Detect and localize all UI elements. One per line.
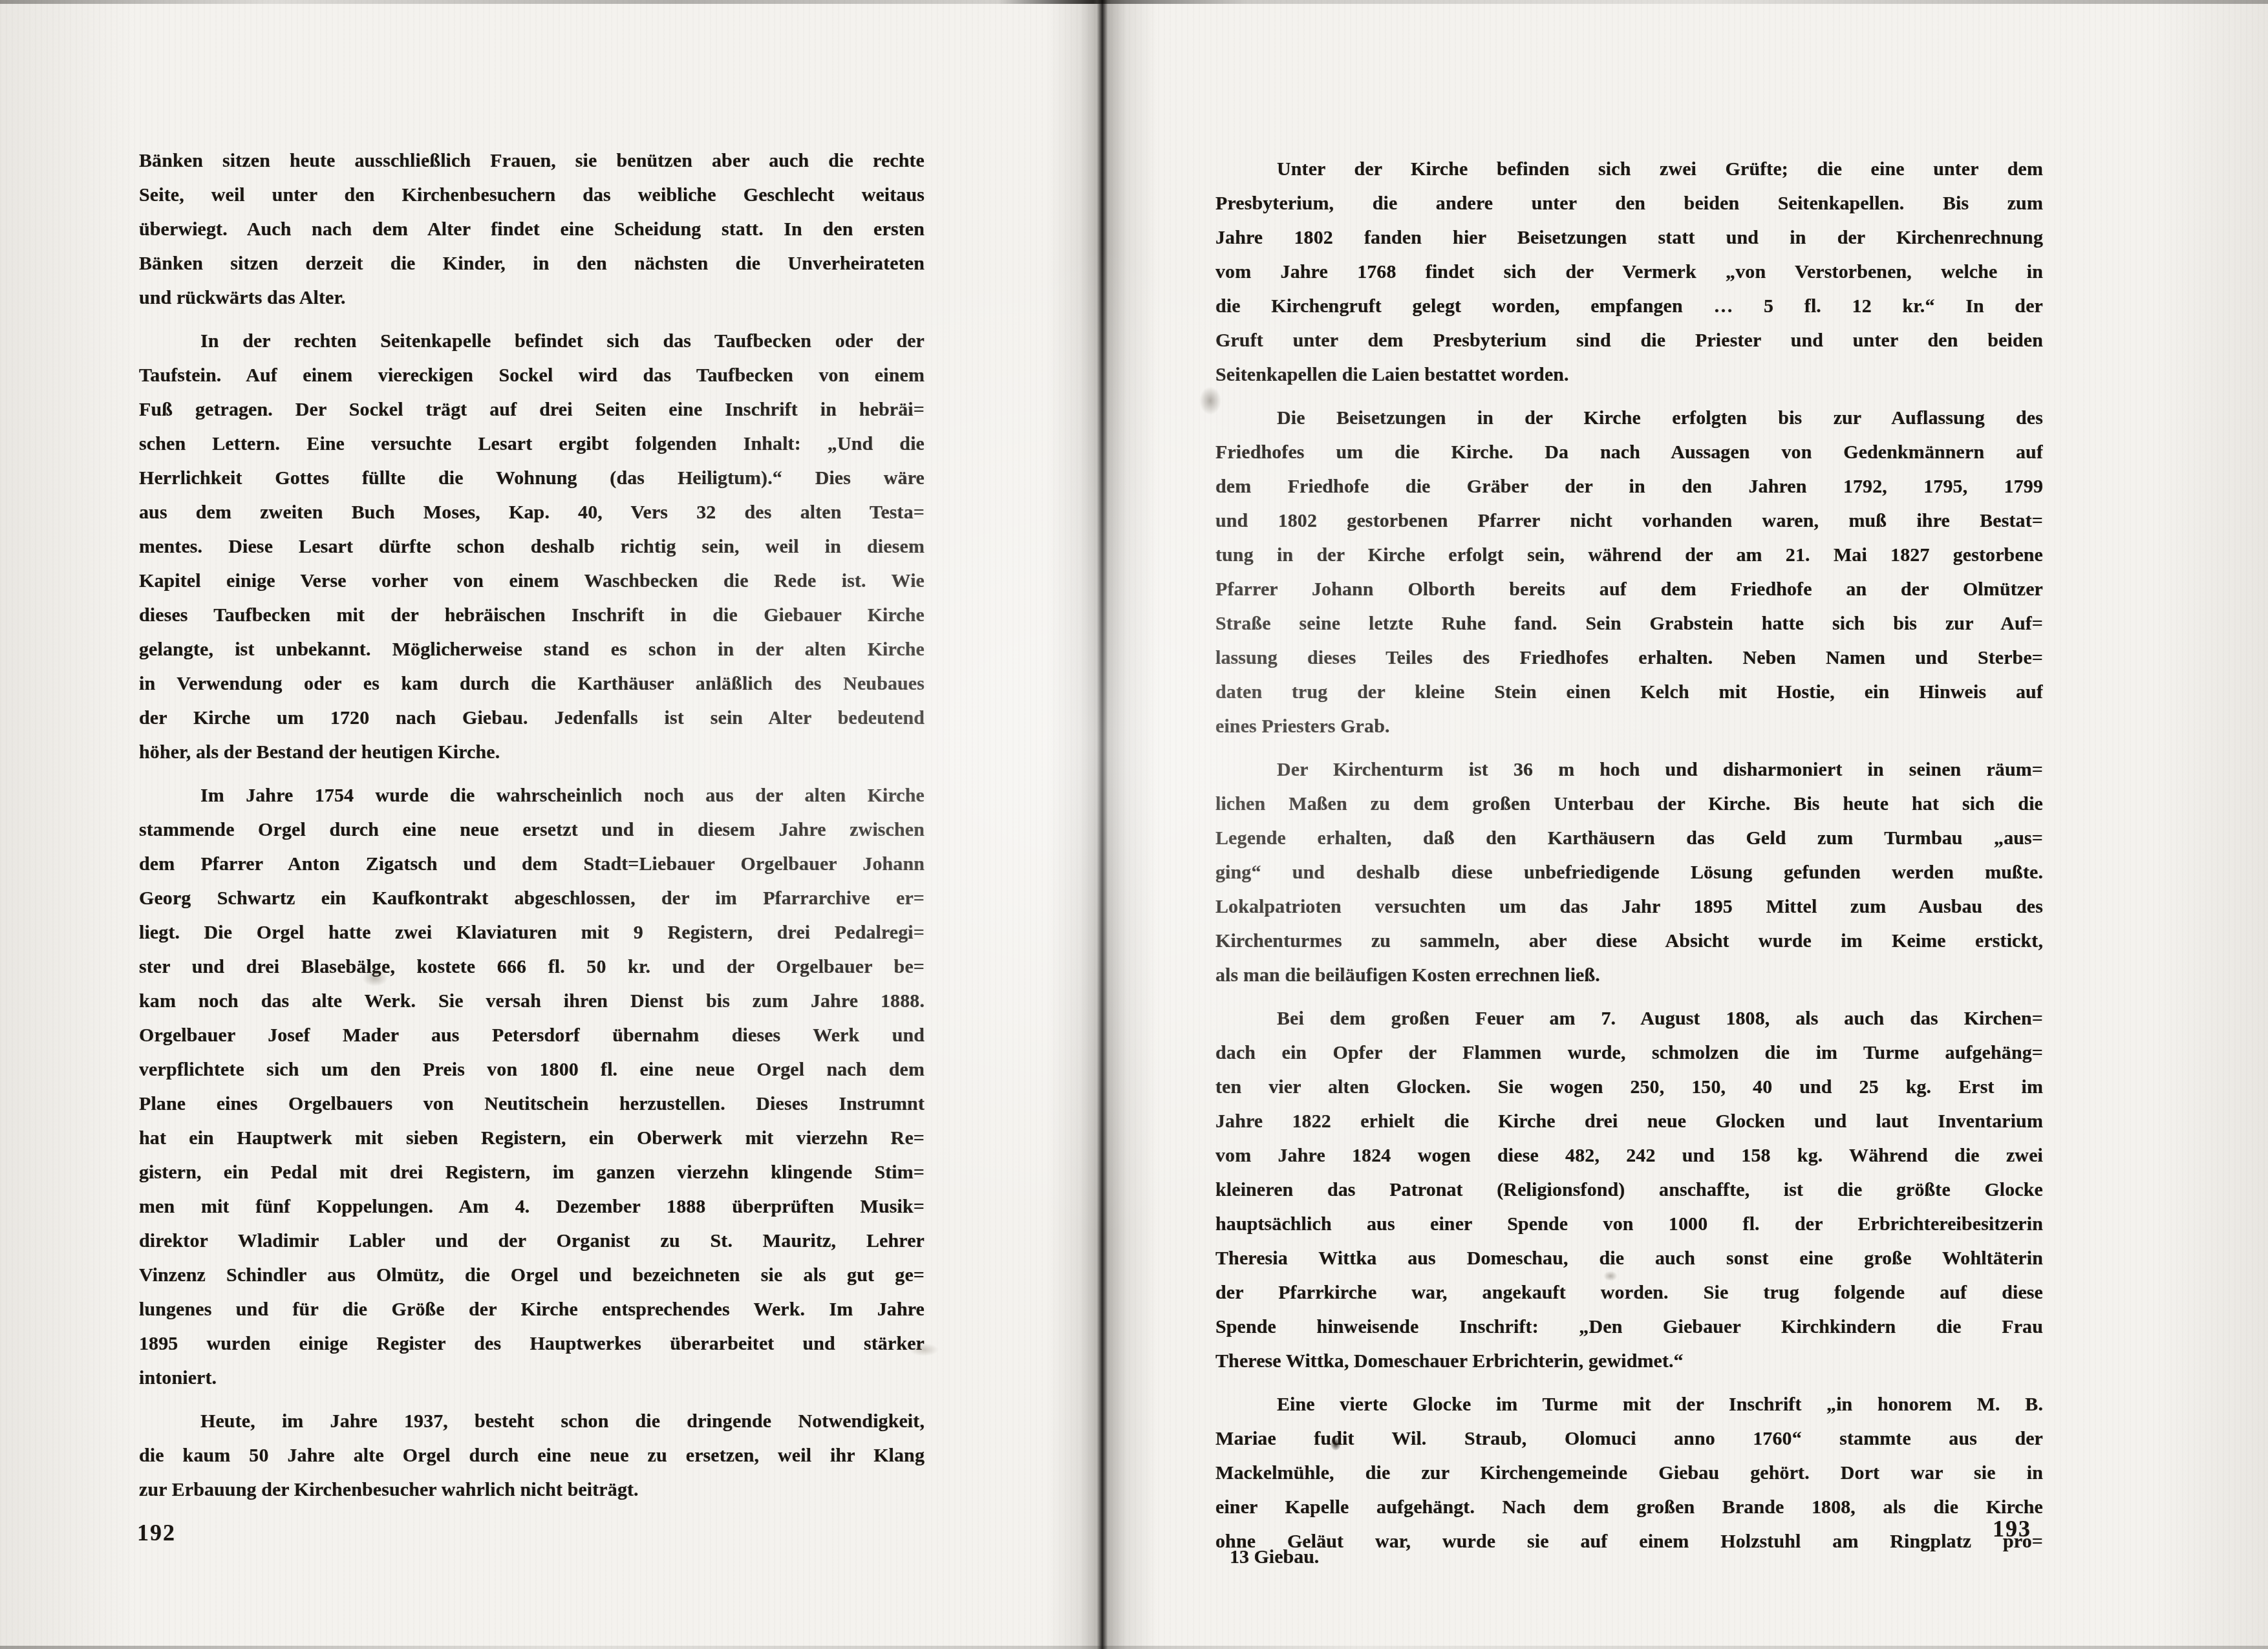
text-line: Fuß getragen. Der Sockel trägt auf drei …: [139, 392, 925, 427]
text-line: höher, als der Bestand der heutigen Kirc…: [139, 735, 925, 769]
text-line: zur Erbauung der Kirchenbesucher wahrlic…: [139, 1473, 925, 1507]
paragraph: Der Kirchenturm ist 36 m hoch und dishar…: [1215, 752, 2043, 992]
paragraph: Im Jahre 1754 wurde die wahrscheinlich n…: [139, 778, 925, 1395]
text-line: Kirchenturmes zu sammeln, aber diese Abs…: [1215, 924, 2043, 958]
text-line: Seitenkapellen die Laien bestattet worde…: [1215, 357, 2043, 392]
text-line: ten vier alten Glocken. Sie wogen 250, 1…: [1215, 1070, 2043, 1104]
paragraph: Unter der Kirche befinden sich zwei Grüf…: [1215, 152, 2043, 392]
text-line: Taufstein. Auf einem viereckigen Sockel …: [139, 358, 925, 392]
book-gutter-shadow: [1047, 0, 1157, 1649]
text-line: lassung dieses Teiles des Friedhofes erh…: [1215, 641, 2043, 675]
text-line: Herrlichkeit Gottes füllte die Wohnung (…: [139, 461, 925, 495]
text-line: dem Friedhofe die Gräber der in den Jahr…: [1215, 469, 2043, 504]
left-page-text: Bänken sitzen heute ausschließlich Fraue…: [139, 144, 925, 1507]
text-line: Orgelbauer Josef Mader aus Petersdorf üb…: [139, 1018, 925, 1052]
text-line: dach ein Opfer der Flammen wurde, schmol…: [1215, 1036, 2043, 1070]
paragraph: Die Beisetzungen in der Kirche erfolgten…: [1215, 401, 2043, 743]
text-line: Georg Schwartz ein Kaufkontrakt abgeschl…: [139, 881, 925, 915]
text-line: Straße seine letzte Ruhe fand. Sein Grab…: [1215, 606, 2043, 641]
paragraph: Bei dem großen Feuer am 7. August 1808, …: [1215, 1001, 2043, 1378]
text-line: gelangte, ist unbekannt. Möglicherweise …: [139, 632, 925, 666]
text-line: verpflichtete sich um den Preis von 1800…: [139, 1052, 925, 1087]
text-line: Mariae fudit Wil. Straub, Olomuci anno 1…: [1215, 1421, 2043, 1456]
paragraph: Bänken sitzen heute ausschließlich Fraue…: [139, 144, 925, 315]
text-line: daten trug der kleine Stein einen Kelch …: [1215, 675, 2043, 709]
text-line: tung in der Kirche erfolgt sein, während…: [1215, 538, 2043, 572]
text-line: Spende hinweisende Inschrift: „Den Gieba…: [1215, 1310, 2043, 1344]
text-line: dieses Taufbecken mit der hebräischen In…: [139, 598, 925, 632]
text-line: kam noch das alte Werk. Sie versah ihren…: [139, 984, 925, 1018]
paragraph: In der rechten Seitenkapelle befindet si…: [139, 324, 925, 769]
text-line: Seite, weil unter den Kirchenbesuchern d…: [139, 178, 925, 212]
text-line: vom Jahre 1768 findet sich der Vermerk „…: [1215, 255, 2043, 289]
text-line: dem Pfarrer Anton Zigatsch und dem Stadt…: [139, 847, 925, 881]
text-line: der Kirche um 1720 nach Giebau. Jedenfal…: [139, 701, 925, 735]
paragraph: Eine vierte Glocke im Turme mit der Insc…: [1215, 1387, 2043, 1559]
text-line: aus dem zweiten Buch Moses, Kap. 40, Ver…: [139, 495, 925, 529]
text-line: Eine vierte Glocke im Turme mit der Insc…: [1215, 1387, 2043, 1421]
text-line: die Kirchengruft gelegt worden, empfange…: [1215, 289, 2043, 323]
text-line: hauptsächlich aus einer Spende von 1000 …: [1215, 1207, 2043, 1241]
text-line: Pfarrer Johann Olborth bereits auf dem F…: [1215, 572, 2043, 606]
text-line: lungenes und für die Größe der Kirche en…: [139, 1292, 925, 1326]
book-scan: { "document": { "kind_note": "scanned bo…: [0, 0, 2268, 1649]
text-line: Presbyterium, die andere unter den beide…: [1215, 186, 2043, 220]
text-line: eines Priesters Grab.: [1215, 709, 2043, 743]
left-page-number: 192: [137, 1519, 176, 1546]
text-line: Vinzenz Schindler aus Olmütz, die Orgel …: [139, 1258, 925, 1292]
text-line: Plane eines Orgelbauers von Neutitschein…: [139, 1087, 925, 1121]
text-line: Unter der Kirche befinden sich zwei Grüf…: [1215, 152, 2043, 186]
text-line: und 1802 gestorbenen Pfarrer nicht vorha…: [1215, 504, 2043, 538]
text-line: Bei dem großen Feuer am 7. August 1808, …: [1215, 1001, 2043, 1036]
text-line: liegt. Die Orgel hatte zwei Klaviaturen …: [139, 915, 925, 950]
right-page-number: 193: [1993, 1515, 2031, 1542]
text-line: Therese Wittka, Domeschauer Erbrichterin…: [1215, 1344, 2043, 1378]
text-line: Heute, im Jahre 1937, besteht schon die …: [139, 1404, 925, 1438]
text-line: als man die beiläufigen Kosten errechnen…: [1215, 958, 2043, 992]
text-line: Der Kirchenturm ist 36 m hoch und dishar…: [1215, 752, 2043, 787]
text-line: intoniert.: [139, 1361, 925, 1395]
text-line: In der rechten Seitenkapelle befindet si…: [139, 324, 925, 358]
text-line: kleineren das Patronat (Religionsfond) a…: [1215, 1173, 2043, 1207]
text-line: ster und drei Blasebälge, kostete 666 fl…: [139, 950, 925, 984]
text-line: Lokalpatrioten versuchten um das Jahr 18…: [1215, 889, 2043, 924]
text-line: der Pfarrkirche war, angekauft worden. S…: [1215, 1275, 2043, 1310]
text-line: Die Beisetzungen in der Kirche erfolgten…: [1215, 401, 2043, 435]
text-line: vom Jahre 1824 wogen diese 482, 242 und …: [1215, 1138, 2043, 1173]
text-line: men mit fünf Koppelungen. Am 4. Dezember…: [139, 1189, 925, 1224]
text-line: Jahre 1802 fanden hier Beisetzungen stat…: [1215, 220, 2043, 255]
text-line: Bänken sitzen derzeit die Kinder, in den…: [139, 246, 925, 281]
text-line: hat ein Hauptwerk mit sieben Registern, …: [139, 1121, 925, 1155]
text-line: 1895 wurden einige Register des Hauptwer…: [139, 1326, 925, 1361]
text-line: Legende erhalten, daß den Karthäusern da…: [1215, 821, 2043, 855]
text-line: überwiegt. Auch nach dem Alter findet ei…: [139, 212, 925, 246]
text-line: Kapitel einige Verse vorher von einem Wa…: [139, 564, 925, 598]
text-line: Friedhofes um die Kirche. Da nach Aussag…: [1215, 435, 2043, 469]
text-line: mentes. Diese Lesart dürfte schon deshal…: [139, 529, 925, 564]
text-line: ging“ und deshalb diese unbefriedigende …: [1215, 855, 2043, 889]
text-line: direktor Wladimir Labler und der Organis…: [139, 1224, 925, 1258]
text-line: und rückwärts das Alter.: [139, 281, 925, 315]
text-line: ohne Geläut war, wurde sie auf einem Hol…: [1215, 1524, 2043, 1559]
text-line: lichen Maßen zu dem großen Unterbau der …: [1215, 787, 2043, 821]
text-line: Im Jahre 1754 wurde die wahrscheinlich n…: [139, 778, 925, 813]
text-line: Theresia Wittka aus Domeschau, die auch …: [1215, 1241, 2043, 1275]
text-line: Gruft unter dem Presbyterium sind die Pr…: [1215, 323, 2043, 357]
text-line: Mackelmühle, die zur Kirchengemeinde Gie…: [1215, 1456, 2043, 1490]
paragraph: Heute, im Jahre 1937, besteht schon die …: [139, 1404, 925, 1507]
text-line: schen Lettern. Eine versuchte Lesart erg…: [139, 427, 925, 461]
text-line: in Verwendung oder es kam durch die Kart…: [139, 666, 925, 701]
text-line: die kaum 50 Jahre alte Orgel durch eine …: [139, 1438, 925, 1473]
right-page-text: Unter der Kirche befinden sich zwei Grüf…: [1215, 152, 2043, 1559]
text-line: einer Kapelle aufgehängt. Nach dem große…: [1215, 1490, 2043, 1524]
text-line: Bänken sitzen heute ausschließlich Fraue…: [139, 144, 925, 178]
text-line: gistern, ein Pedal mit drei Registern, i…: [139, 1155, 925, 1189]
printer-signature: 13 Giebau.: [1230, 1546, 1319, 1568]
text-line: Jahre 1822 erhielt die Kirche drei neue …: [1215, 1104, 2043, 1138]
text-line: stammende Orgel durch eine neue ersetzt …: [139, 813, 925, 847]
